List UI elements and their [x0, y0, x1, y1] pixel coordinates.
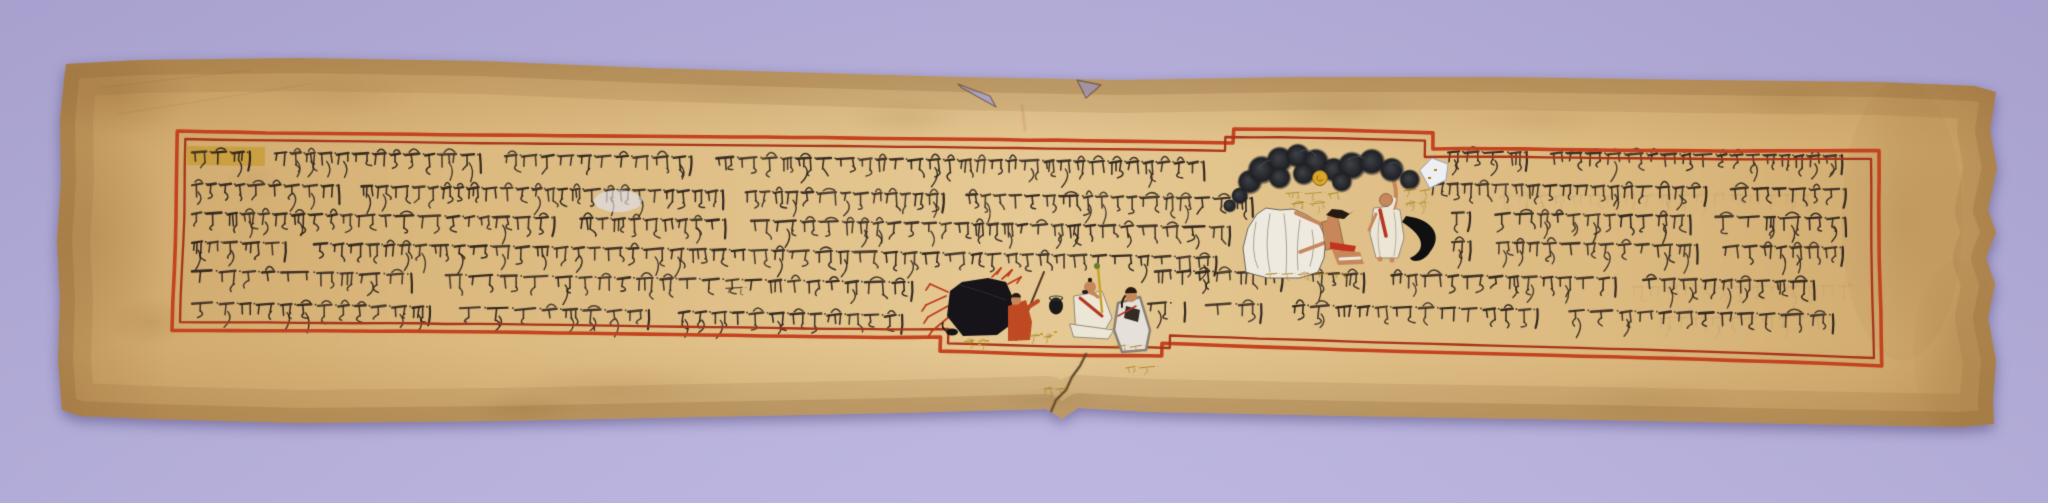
manuscript-photo-canvas [0, 0, 2048, 503]
photograph [0, 0, 2048, 503]
